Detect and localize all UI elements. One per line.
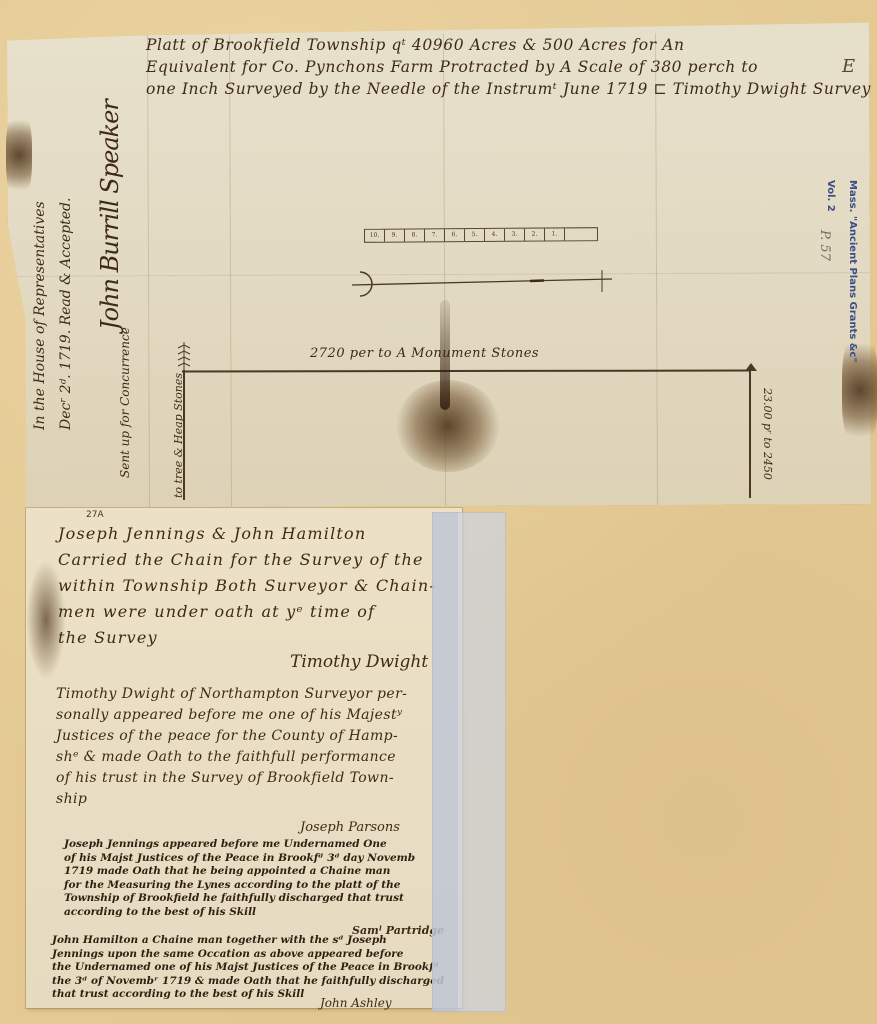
affidavit-line: Carried the Chain for the Survey of the	[58, 547, 458, 573]
affidavit-line: John Hamilton a Chaine man together with…	[52, 934, 452, 948]
repair-tape-overlap	[432, 512, 458, 1012]
heap-stones-marker-icon	[744, 362, 758, 372]
tree-marker-icon	[176, 340, 192, 372]
affidavit-line: Jennings upon the same Occation as above…	[52, 948, 452, 962]
left-boundary-label: to tree & Heap Stones	[172, 373, 185, 498]
affidavit-line: for the Measuring the Lynes according to…	[64, 879, 464, 893]
archive-stamp: Mass. "Ancient Plans Grants &c"	[847, 180, 858, 363]
affidavit-line: Joseph Jennings appeared before me Under…	[64, 838, 464, 852]
signature-dwight: Timothy Dwight	[290, 652, 428, 672]
edge-stain	[6, 110, 32, 200]
right-boundary-label: 23.00 pʳ to 2450	[761, 388, 774, 480]
baseline-label: 2720 per to A Monument Stones	[310, 346, 539, 361]
affidavit-line: that trust according to the best of his …	[52, 988, 452, 1002]
folio-number: 27A	[86, 510, 104, 520]
scale-division: 3.	[505, 229, 525, 241]
scale-division: 10.	[365, 230, 385, 242]
affidavit-line: the Undernamed one of his Majst Justices…	[52, 961, 452, 975]
affidavit-line: the Survey	[58, 625, 458, 651]
signature-parsons: Joseph Parsons	[300, 820, 400, 835]
scale-division: 9.	[385, 230, 405, 242]
speaker-signature: John Burrill Speaker	[96, 100, 124, 330]
affidavit-line: within Township Both Surveyor & Chain-	[58, 573, 458, 599]
affidavit-line: according to the best of his Skill	[64, 906, 464, 920]
scale-division: 1.	[545, 228, 565, 240]
affidavit-line: Joseph Jennings & John Hamilton	[58, 521, 458, 547]
affidavit-line: the 3ᵈ of Novembʳ 1719 & made Oath that …	[52, 975, 452, 989]
endorsement-line: Decʳ 2ᵈ. 1719. Read & Accepted.	[58, 198, 74, 430]
affidavit-line: of his trust in the Survey of Brookfield…	[56, 768, 456, 789]
ink-stain	[440, 300, 450, 410]
affidavit-line: shᵉ & made Oath to the faithfull perform…	[56, 747, 456, 768]
corner-mark: E	[842, 56, 855, 77]
affidavit-line: sonally appeared before me one of his Ma…	[56, 705, 456, 726]
archive-stamp-volume: Vol. 2	[825, 180, 836, 212]
scale-division: 5.	[465, 229, 485, 241]
affidavit-line: Timothy Dwight of Northampton Surveyor p…	[56, 684, 456, 705]
endorsement-line: In the House of Representatives	[32, 201, 48, 430]
compass-needle-icon	[352, 268, 622, 298]
scale-division: 4.	[485, 229, 505, 241]
scale-division: 8.	[405, 229, 425, 241]
fold-line	[655, 33, 658, 505]
boundary-line-east	[749, 368, 751, 498]
affidavit-chainmen: Joseph Jennings & John Hamilton Carried …	[58, 521, 458, 651]
plat-title-line: Equivalent for Co. Pynchons Farm Protrac…	[146, 56, 866, 78]
affidavit-hamilton: John Hamilton a Chaine man together with…	[52, 934, 452, 1002]
affidavit-line: of his Majst Justices of the Peace in Br…	[64, 852, 464, 866]
scale-division: 6.	[445, 229, 465, 241]
affidavit-line: Township of Brookfield he faithfully dis…	[64, 892, 464, 906]
archive-page-number: P. 57	[817, 230, 832, 261]
affidavit-line: 1719 made Oath that he being appointed a…	[64, 865, 464, 879]
endorsement-line: Sent up for Concurrence	[118, 327, 132, 478]
affidavit-surveyor: Timothy Dwight of Northampton Surveyor p…	[56, 684, 456, 810]
plat-title: Platt of Brookfield Township qᵗ 40960 Ac…	[146, 34, 866, 100]
affidavit-line: ship	[56, 789, 456, 810]
signature-ashley: John Ashley	[320, 996, 392, 1010]
plat-title-line: one Inch Surveyed by the Needle of the I…	[146, 78, 866, 100]
fold-line	[229, 35, 232, 507]
scale-division: 7.	[425, 229, 445, 241]
affidavit-jennings: Joseph Jennings appeared before me Under…	[64, 838, 464, 919]
fold-line	[147, 35, 150, 507]
scale-division: 2.	[525, 229, 545, 241]
affidavit-line: Justices of the peace for the County of …	[56, 726, 456, 747]
scale-bar: 10. 9. 8. 7. 6. 5. 4. 3. 2. 1.	[364, 227, 598, 243]
affidavit-line: men were under oath at yᵉ time of	[58, 599, 458, 625]
scale-division	[565, 228, 597, 240]
plat-title-line: Platt of Brookfield Township qᵗ 40960 Ac…	[146, 34, 866, 56]
